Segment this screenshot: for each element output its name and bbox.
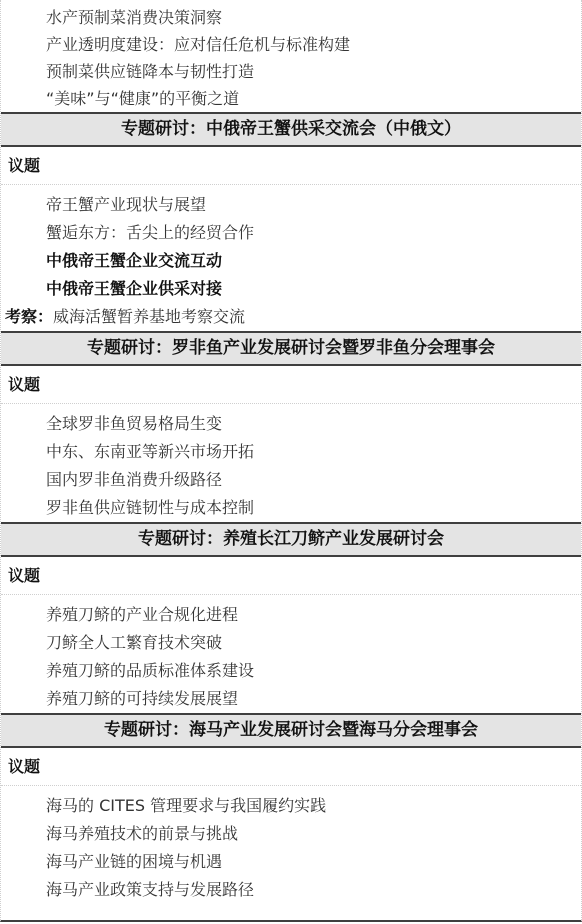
seminar-sections: 专题研讨：中俄帝王蟹供采交流会（中俄文） 议题 帝王蟹产业现状与展望蟹逅东方：舌… [1,112,581,904]
seminar-section: 专题研讨：海马产业发展研讨会暨海马分会理事会 议题 海马的 CITES 管理要求… [1,713,581,904]
agenda-label: 议题 [8,757,40,776]
topic-item: 蟹逅东方：舌尖上的经贸合作 [1,219,581,247]
agenda-label: 议题 [8,375,40,394]
section-title: 专题研讨：罗非鱼产业发展研讨会暨罗非鱼分会理事会 [87,338,495,358]
section-header: 专题研讨：中俄帝王蟹供采交流会（中俄文） [1,112,581,147]
topic-item: 海马养殖技术的前景与挑战 [1,820,581,848]
seminar-section: 专题研讨：养殖长江刀鲚产业发展研讨会 议题 养殖刀鲚的产业合规化进程刀鲚全人工繁… [1,522,581,713]
topic-item: 海马产业政策支持与发展路径 [1,876,581,904]
topic-item: 中东、东南亚等新兴市场开拓 [1,438,581,466]
topic-list: 全球罗非鱼贸易格局生变中东、东南亚等新兴市场开拓国内罗非鱼消费升级路径罗非鱼供应… [1,404,581,522]
inspection-note-row: 考察：威海活蟹暂养基地考察交流 [1,303,581,331]
topic-item: 全球罗非鱼贸易格局生变 [1,410,581,438]
agenda-label-row: 议题 [1,366,581,404]
section-title: 专题研讨：海马产业发展研讨会暨海马分会理事会 [104,720,478,740]
topic-item: 帝王蟹产业现状与展望 [1,191,581,219]
topic-item: 海马产业链的困境与机遇 [1,848,581,876]
section-header: 专题研讨：养殖长江刀鲚产业发展研讨会 [1,522,581,557]
intro-topic-item: 预制菜供应链降本与韧性打造 [1,58,581,85]
intro-topic-item: 产业透明度建设：应对信任危机与标准构建 [1,31,581,58]
inspection-note-prefix: 考察： [5,307,53,326]
agenda-label-row: 议题 [1,557,581,595]
topic-item: 养殖刀鲚的可持续发展展望 [1,685,581,713]
intro-topic-list: 水产预制菜消费决策洞察产业透明度建设：应对信任危机与标准构建预制菜供应链降本与韧… [1,0,581,112]
section-header: 专题研讨：海马产业发展研讨会暨海马分会理事会 [1,713,581,748]
agenda-label-row: 议题 [1,147,581,185]
topic-item: 刀鲚全人工繁育技术突破 [1,629,581,657]
intro-topic-item: 水产预制菜消费决策洞察 [1,4,581,31]
agenda-label: 议题 [8,566,40,585]
topic-list: 海马的 CITES 管理要求与我国履约实践海马养殖技术的前景与挑战海马产业链的困… [1,786,581,904]
conference-program-document: 水产预制菜消费决策洞察产业透明度建设：应对信任危机与标准构建预制菜供应链降本与韧… [0,0,582,922]
topic-item: 中俄帝王蟹企业供采对接 [1,275,581,303]
inspection-note-text: 威海活蟹暂养基地考察交流 [53,307,245,326]
topic-item: 中俄帝王蟹企业交流互动 [1,247,581,275]
topic-list: 养殖刀鲚的产业合规化进程刀鲚全人工繁育技术突破养殖刀鲚的品质标准体系建设养殖刀鲚… [1,595,581,713]
section-title: 专题研讨：中俄帝王蟹供采交流会（中俄文） [121,119,461,139]
topic-item: 国内罗非鱼消费升级路径 [1,466,581,494]
topic-item: 养殖刀鲚的品质标准体系建设 [1,657,581,685]
agenda-label-row: 议题 [1,748,581,786]
topic-item: 海马的 CITES 管理要求与我国履约实践 [1,792,581,820]
topic-list: 帝王蟹产业现状与展望蟹逅东方：舌尖上的经贸合作中俄帝王蟹企业交流互动中俄帝王蟹企… [1,185,581,303]
seminar-section: 专题研讨：罗非鱼产业发展研讨会暨罗非鱼分会理事会 议题 全球罗非鱼贸易格局生变中… [1,331,581,522]
topic-item: 罗非鱼供应链韧性与成本控制 [1,494,581,522]
intro-topic-item: “美味”与“健康”的平衡之道 [1,85,581,112]
seminar-section: 专题研讨：中俄帝王蟹供采交流会（中俄文） 议题 帝王蟹产业现状与展望蟹逅东方：舌… [1,112,581,331]
agenda-label: 议题 [8,156,40,175]
section-header: 专题研讨：罗非鱼产业发展研讨会暨罗非鱼分会理事会 [1,331,581,366]
section-title: 专题研讨：养殖长江刀鲚产业发展研讨会 [138,529,444,549]
topic-item: 养殖刀鲚的产业合规化进程 [1,601,581,629]
